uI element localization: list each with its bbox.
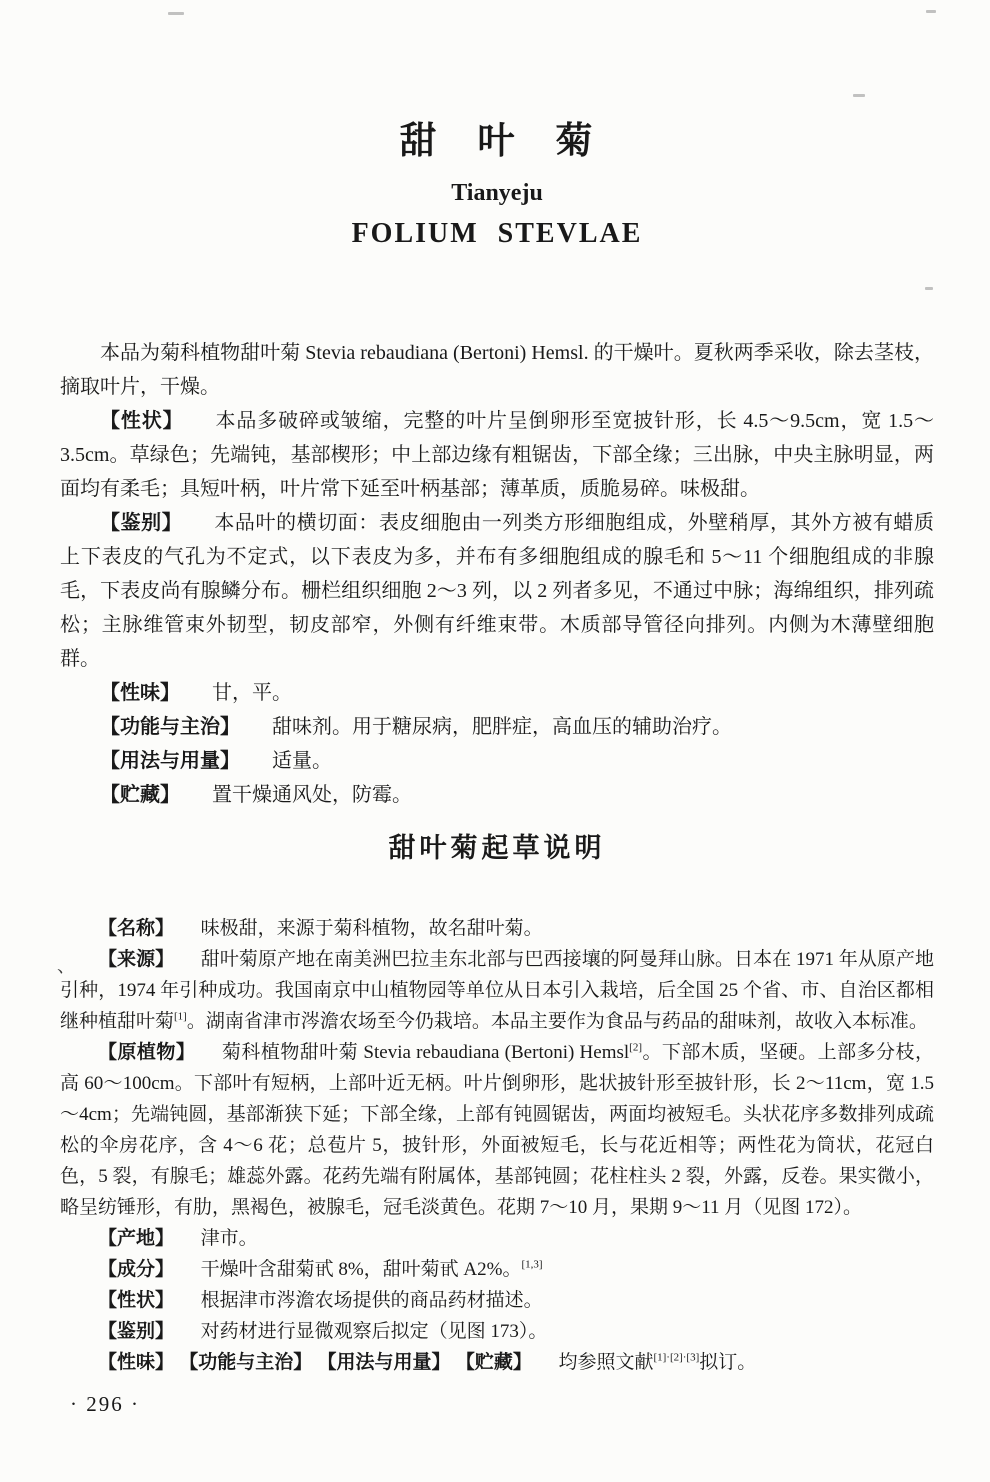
expl-refs: 【性味】 【功能与主治】 【用法与用量】 【贮藏】均参照文献[1]·[2]·[3… — [60, 1347, 934, 1378]
section-label: 【性状】 — [98, 1290, 174, 1311]
section-text: 本品多破碎或皱缩，完整的叶片呈倒卵形至宽披针形，长 4.5～9.5cm，宽 1.… — [60, 410, 934, 500]
section-text: 拟订。 — [699, 1352, 756, 1373]
reference-superscript: [1,3] — [522, 1259, 543, 1271]
expl-plant: 【原植物】菊科植物甜叶菊 Stevia rebaudiana (Bertoni)… — [60, 1037, 934, 1223]
section-label: 【鉴别】 — [98, 1321, 174, 1342]
monograph-section: 本品为菊科植物甜叶菊 Stevia rebaudiana (Bertoni) H… — [60, 336, 934, 812]
section-xingwei: 【性味】甘，平。 — [60, 676, 934, 710]
section-text: 菊科植物甜叶菊 Stevia rebaudiana (Bertoni) Hems… — [222, 1042, 629, 1063]
intro-paragraph: 本品为菊科植物甜叶菊 Stevia rebaudiana (Bertoni) H… — [60, 336, 934, 404]
title-pinyin: Tianyeju — [60, 180, 934, 207]
section-text: 本品叶的横切面：表皮细胞由一列类方形细胞组成，外壁稍厚，其外方被有蜡质 上下表皮… — [60, 512, 954, 670]
reference-superscript: [1]·[2]·[3] — [653, 1352, 699, 1364]
section-label: 【产地】 — [98, 1228, 174, 1249]
section-gongneng: 【功能与主治】甜味剂。用于糖尿病，肥胖症，高血压的辅助治疗。 — [60, 710, 934, 744]
section-jianbie: 【鉴别】本品叶的横切面：表皮细胞由一列类方形细胞组成，外壁稍厚，其外方被有蜡质 … — [60, 506, 934, 676]
section-label: 【用法与用量】 — [100, 750, 240, 772]
section-text: 对药材进行显微观察后拟定（见图 173）。 — [201, 1321, 548, 1342]
scan-artifact — [926, 10, 936, 13]
expl-composition: 【成分】干燥叶含甜菊甙 8%，甜叶菊甙 A2%。[1,3] — [60, 1254, 934, 1285]
reference-superscript: [2] — [629, 1042, 642, 1054]
section-text: 甜味剂。用于糖尿病，肥胖症，高血压的辅助治疗。 — [272, 716, 732, 738]
section-text: 津市。 — [201, 1228, 258, 1249]
scan-artifact — [925, 287, 933, 290]
page-number: · 296 · — [70, 1392, 140, 1417]
scan-artifact-mark: 、 — [57, 952, 75, 978]
section-label: 【性状】 — [100, 410, 184, 432]
section-label: 【性味】 — [100, 682, 180, 704]
section-label: 【原植物】 — [98, 1042, 195, 1063]
title-chinese: 甜 叶 菊 — [60, 110, 934, 164]
section-text: 甘，平。 — [212, 682, 292, 704]
page-content: 甜 叶 菊 Tianyeju FOLIUM STEVLAE 本品为菊科植物甜叶菊… — [0, 0, 990, 1378]
section-text: 根据津市涔澹农场提供的商品药材描述。 — [201, 1290, 543, 1311]
title-block: 甜 叶 菊 Tianyeju FOLIUM STEVLAE — [60, 0, 934, 250]
explanation-heading: 甜叶菊起草说明 — [60, 826, 934, 865]
title-latin: FOLIUM STEVLAE — [60, 218, 934, 250]
section-label: 【来源】 — [98, 949, 174, 970]
expl-identification: 【鉴别】对药材进行显微观察后拟定（见图 173）。 — [60, 1316, 934, 1347]
section-text: 均参照文献 — [558, 1352, 653, 1373]
section-text: 。下部木质，坚硬。上部多分枝，高 60～100cm。下部叶有短柄，上部叶近无柄。… — [60, 1042, 934, 1218]
section-text: 。湖南省津市涔澹农场至今仍栽培。本品主要作为食品与药品的甜味剂，故收入本标准。 — [187, 1011, 928, 1032]
section-label: 【功能与主治】 — [100, 716, 240, 738]
section-text: 置干燥通风处，防霉。 — [212, 784, 412, 806]
scan-artifact — [853, 94, 865, 97]
expl-source: 【来源】甜叶菊原产地在南美洲巴拉圭东北部与巴西接壤的阿曼拜山脉。日本在 1971… — [60, 944, 934, 1037]
reference-superscript: [1] — [174, 1011, 187, 1023]
section-label: 【名称】 — [98, 918, 174, 939]
section-text: 味极甜，来源于菊科植物，故名甜叶菊。 — [201, 918, 543, 939]
expl-name: 【名称】味极甜，来源于菊科植物，故名甜叶菊。 — [60, 913, 934, 944]
section-text: 适量。 — [272, 750, 332, 772]
expl-origin: 【产地】津市。 — [60, 1223, 934, 1254]
scanned-page: 、 甜 叶 菊 Tianyeju FOLIUM STEVLAE 本品为菊科植物甜… — [0, 0, 990, 1482]
scan-artifact — [168, 12, 184, 15]
section-label: 【性味】 【功能与主治】 【用法与用量】 【贮藏】 — [98, 1352, 532, 1373]
explanation-section: 【名称】味极甜，来源于菊科植物，故名甜叶菊。 【来源】甜叶菊原产地在南美洲巴拉圭… — [60, 913, 934, 1378]
section-label: 【贮藏】 — [100, 784, 180, 806]
section-label: 【鉴别】 — [100, 512, 182, 534]
section-zhucang: 【贮藏】置干燥通风处，防霉。 — [60, 778, 934, 812]
section-yongfa: 【用法与用量】适量。 — [60, 744, 934, 778]
section-xingzhuang: 【性状】本品多破碎或皱缩，完整的叶片呈倒卵形至宽披针形，长 4.5～9.5cm，… — [60, 404, 934, 506]
section-label: 【成分】 — [98, 1259, 174, 1280]
expl-description: 【性状】根据津市涔澹农场提供的商品药材描述。 — [60, 1285, 934, 1316]
section-text: 干燥叶含甜菊甙 8%，甜叶菊甙 A2%。 — [201, 1259, 522, 1280]
